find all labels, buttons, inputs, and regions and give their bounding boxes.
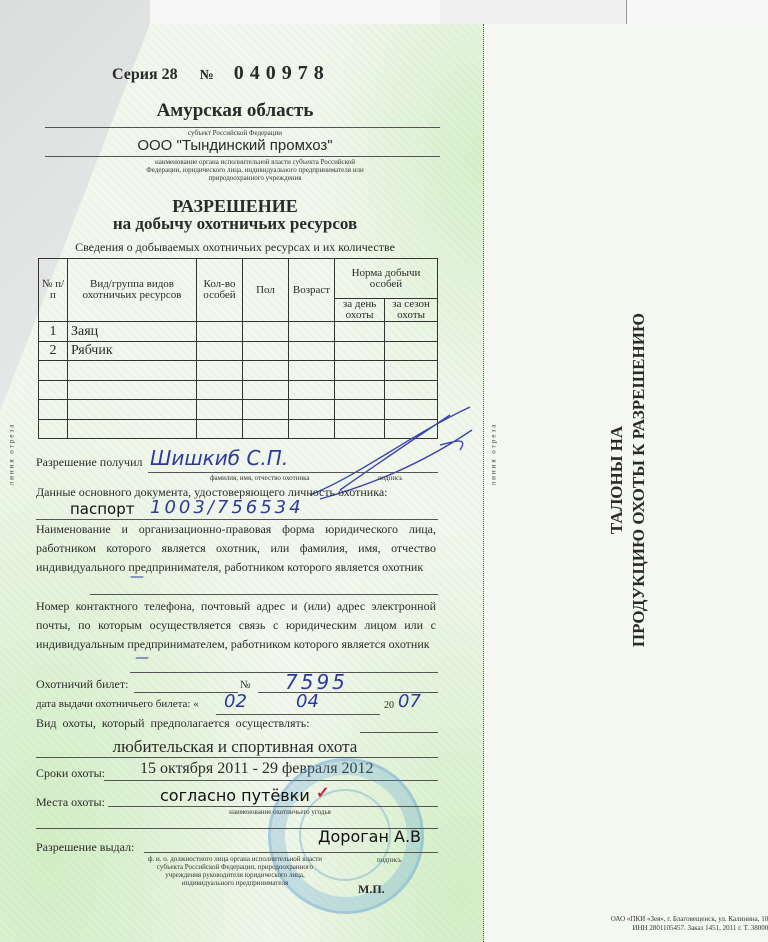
cell-num: [39, 400, 68, 420]
stub-title-line1: ТАЛОНЫ НА: [606, 313, 628, 647]
region-name: Амурская область: [0, 100, 440, 122]
cell-count: [197, 400, 243, 420]
ticket-year: 07: [398, 691, 421, 712]
cell-sex: [243, 380, 289, 400]
cell-num: [39, 361, 68, 381]
received-caption: фамилия, имя, отчество охотника: [210, 474, 310, 482]
cut-line: [483, 24, 484, 942]
place-label: Места охоты:: [36, 795, 105, 810]
table-row: 2Рябчик: [39, 341, 438, 361]
issued-value: Дороган А.В: [318, 827, 421, 846]
header-count: Кол-во особей: [197, 259, 243, 322]
cut-line-label-left: линия отреза: [7, 423, 15, 486]
printer-imprint: ОАО «ПКИ «Зея», г. Благовещенск, ул. Кал…: [560, 915, 768, 933]
cell-per-day: [335, 361, 385, 381]
cell-per-day: [335, 322, 385, 342]
id-doc-type: паспорт: [70, 500, 135, 518]
table-row: 1Заяц: [39, 322, 438, 342]
series-number: Серия 28 № 040978: [112, 62, 330, 85]
cell-per-day: [335, 341, 385, 361]
cell-age: [289, 341, 335, 361]
table-header-row: № п/п Вид/группа видов охотничьих ресурс…: [39, 259, 438, 299]
employer-value: —: [130, 569, 144, 585]
stub-title-line2: ПРОДУКЦИЮ ОХОТЫ К РАЗРЕШЕНИЮ: [628, 313, 650, 647]
header-norm: Норма добычи особей: [335, 259, 438, 299]
printer-line1: ОАО «ПКИ «Зея», г. Благовещенск, ул. Кал…: [560, 915, 768, 924]
header-species: Вид/группа видов охотничьих ресурсов: [68, 259, 197, 322]
place-value: согласно путёвки: [160, 786, 310, 805]
cell-count: [197, 419, 243, 439]
cell-age: [289, 322, 335, 342]
cell-species: [68, 400, 197, 420]
field-line: [148, 472, 438, 473]
contact-label: Номер контактного телефона, почтовый адр…: [36, 597, 436, 654]
seal-label: М.П.: [358, 882, 385, 897]
cell-species: [68, 419, 197, 439]
ticket-year-prefix: 20: [384, 700, 394, 711]
received-label: Разрешение получил: [36, 455, 143, 470]
header-sex: Пол: [243, 259, 289, 322]
table-caption: Сведения о добываемых охотничьих ресурса…: [30, 240, 440, 255]
cell-num: [39, 419, 68, 439]
ticket-date-label: дата выдачи охотничьего билета: «: [36, 698, 199, 710]
field-line: [144, 852, 438, 853]
cell-sex: [243, 322, 289, 342]
place-caption: наименование охотничьего угодья: [210, 808, 350, 816]
printer-line2: ИНН 2801105457. Заказ 1451, 2011 г. Т. 3…: [560, 924, 768, 933]
field-line: [108, 806, 438, 807]
header-per-day: за день охоты: [335, 299, 385, 322]
cell-count: [197, 341, 243, 361]
issued-signature-caption: подпись: [377, 856, 401, 864]
cell-per-season: [385, 341, 438, 361]
period-label: Сроки охоты:: [36, 766, 105, 781]
hunt-type-value: любительская и спортивная охота: [30, 737, 440, 757]
contact-value: —: [135, 650, 149, 666]
cell-count: [197, 322, 243, 342]
ticket-label: Охотничий билет:: [36, 677, 128, 692]
page-top-tab: [440, 0, 627, 24]
header-num: № п/п: [39, 259, 68, 322]
cut-line-label: линия отреза: [489, 423, 497, 486]
cell-species: Заяц: [68, 322, 197, 342]
series-label: Серия 28: [112, 66, 178, 83]
cell-count: [197, 361, 243, 381]
permit-number: 040978: [234, 62, 330, 84]
cell-sex: [243, 419, 289, 439]
table-row: [39, 361, 438, 381]
cell-species: [68, 380, 197, 400]
cell-sex: [243, 361, 289, 381]
cell-per-season: [385, 361, 438, 381]
ticket-month: 04: [296, 691, 319, 712]
header-age: Возраст: [289, 259, 335, 322]
received-value: Шишкиб С.П.: [150, 446, 288, 470]
cell-sex: [243, 400, 289, 420]
ticket-day: 02: [224, 691, 247, 712]
permit-subtitle: на добычу охотничьих ресурсов: [30, 214, 440, 234]
field-line: [134, 692, 238, 693]
cell-num: 1: [39, 322, 68, 342]
divider: [45, 127, 440, 128]
number-sign: №: [200, 68, 214, 83]
cell-age: [289, 361, 335, 381]
field-line: [90, 594, 438, 595]
employer-label: Наименование и организационно-правовая ф…: [36, 520, 436, 577]
hunt-type-label: Вид охоты, который предполагается осущес…: [36, 716, 310, 731]
cell-species: Рябчик: [68, 341, 197, 361]
cell-count: [197, 380, 243, 400]
field-line: [36, 757, 438, 758]
field-line: [360, 732, 438, 733]
cell-sex: [243, 341, 289, 361]
divider: [45, 156, 440, 157]
stub-title: ТАЛОНЫ НА ПРОДУКЦИЮ ОХОТЫ К РАЗРЕШЕНИЮ: [606, 313, 650, 647]
organization-caption: наименование органа исполнительной власт…: [140, 158, 370, 182]
ticket-num-sign: №: [240, 679, 251, 691]
checkmark-icon: ✓: [316, 783, 329, 803]
id-doc-value: 1003/756534: [150, 497, 304, 518]
cell-num: [39, 380, 68, 400]
cell-species: [68, 361, 197, 381]
cell-per-season: [385, 322, 438, 342]
field-line: [216, 714, 380, 715]
cell-num: 2: [39, 341, 68, 361]
field-line: [130, 672, 438, 673]
region-caption: субъект Российской Федерации: [30, 129, 440, 137]
signature-caption: подпись: [378, 474, 402, 482]
header-per-season: за сезон охоты: [385, 299, 438, 322]
issued-caption: ф. и. о. должностного лица органа исполн…: [140, 855, 330, 887]
organization-name: ООО "Тындинский промхоз": [30, 137, 440, 154]
issued-label: Разрешение выдал:: [36, 840, 134, 855]
